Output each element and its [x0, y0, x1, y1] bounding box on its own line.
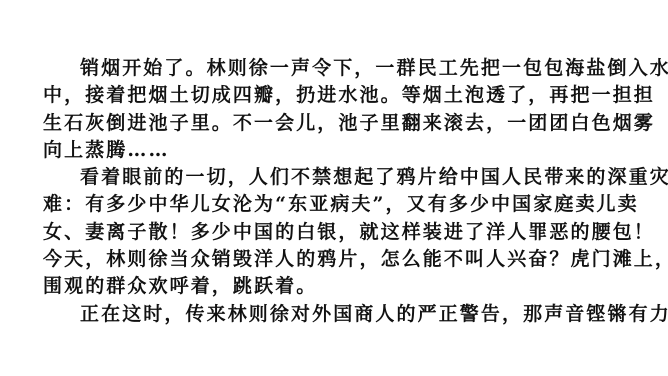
- paragraph-2-line-3: 女、妻离子散！多少中国的白银，就这样装进了洋人罪恶的腰包！: [43, 219, 623, 246]
- paragraph-2-line-2: 难：有多少中华儿女沦为“东亚病夫”，又有多少中国家庭卖儿卖: [43, 191, 623, 218]
- document-body: 销烟开始了。林则徐一声令下，一群民工先把一包包海盐倒入水 中，接着把烟土切成四瓣…: [43, 55, 623, 328]
- paragraph-1-line-1: 销烟开始了。林则徐一声令下，一群民工先把一包包海盐倒入水: [43, 55, 623, 82]
- paragraph-3-line-1: 正在这时，传来林则徐对外国商人的严正警告，那声音铿锵有力、: [43, 301, 623, 328]
- paragraph-2-line-1: 看着眼前的一切，人们不禁想起了鸦片给中国人民带来的深重灾: [43, 164, 623, 191]
- paragraph-1-line-2: 中，接着把烟土切成四瓣，扔进水池。等烟土泡透了，再把一担担: [43, 82, 623, 109]
- paragraph-2-line-5: 围观的群众欢呼着，跳跃着。: [43, 273, 623, 300]
- paragraph-1-line-4: 向上蒸腾……: [43, 137, 623, 164]
- paragraph-1-line-3: 生石灰倒进池子里。不一会儿，池子里翻来滚去，一团团白色烟雾: [43, 110, 623, 137]
- paragraph-2-line-4: 今天，林则徐当众销毁洋人的鸦片，怎么能不叫人兴奋？虎门滩上，: [43, 246, 623, 273]
